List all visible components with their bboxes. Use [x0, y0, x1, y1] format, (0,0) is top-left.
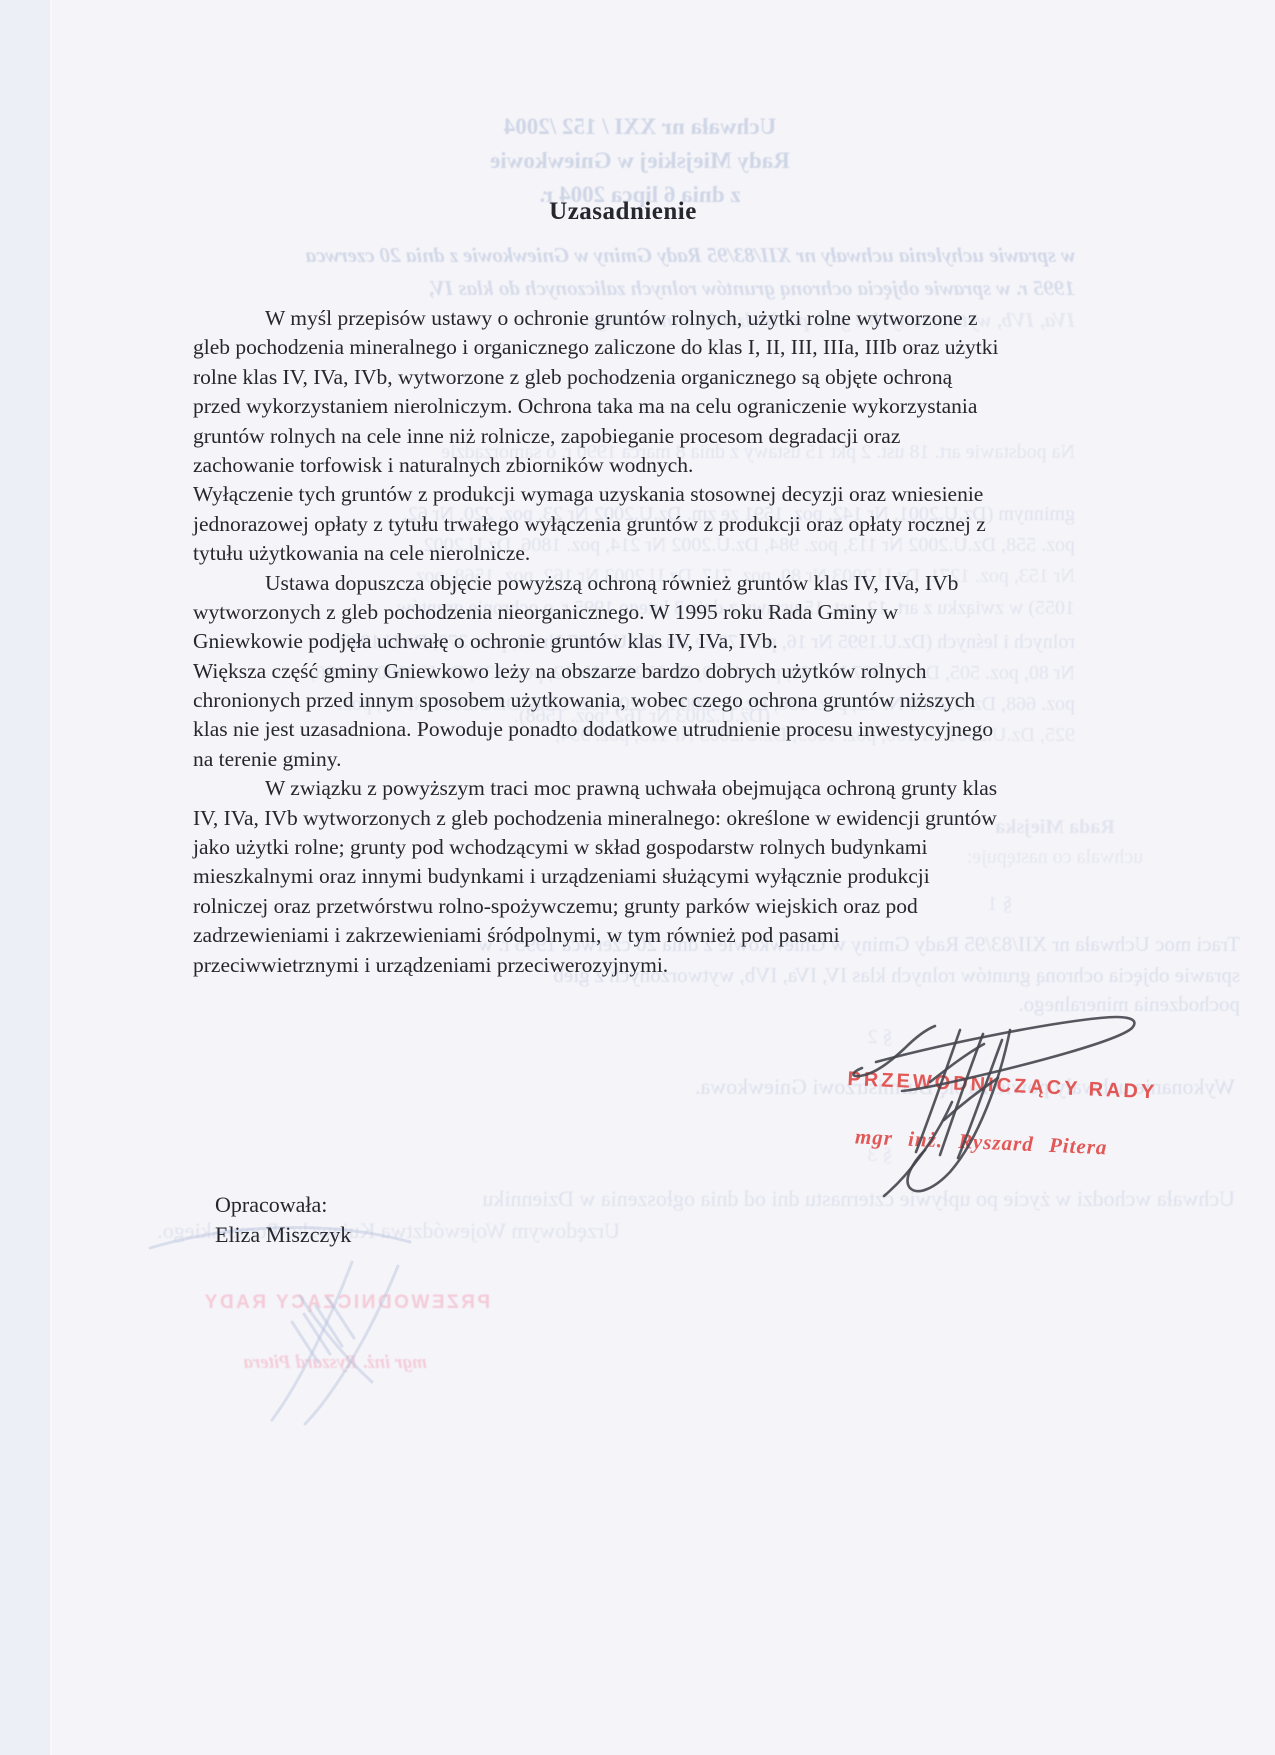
- body-line: jako użytki rolne; grunty pod wchodzącym…: [193, 835, 1065, 864]
- body-line: Ustawa dopuszcza objęcie powyższą ochron…: [193, 571, 1065, 600]
- body-line: na terenie gminy.: [193, 747, 1065, 776]
- body-line: klas nie jest uzasadniona. Powoduje pona…: [193, 717, 1065, 746]
- prepared-by-block: Opracowała: Eliza Miszczyk: [215, 1190, 351, 1250]
- body-line: Wyłączenie tych gruntów z produkcji wyma…: [193, 482, 1065, 511]
- body-line: zachowanie torfowisk i naturalnych zbior…: [193, 453, 1065, 482]
- body-line: jednorazowej opłaty z tytułu trwałego wy…: [193, 512, 1065, 541]
- body-line: Gniewkowie podjęła uchwałę o ochronie gr…: [193, 629, 1065, 658]
- body-line: przeciwwietrznymi i urządzeniami przeciw…: [193, 953, 1065, 982]
- body-line: tytułu użytkowania na cele nierolnicze.: [193, 541, 1065, 570]
- scanned-document-page: Uchwała nr XXI / 152 /2004Rady Miejskiej…: [0, 0, 1275, 1755]
- body-line: chronionych przed innym sposobem użytkow…: [193, 688, 1065, 717]
- body-line: W myśl przepisów ustawy o ochronie grunt…: [193, 306, 1065, 335]
- content-layer: Uzasadnienie W myśl przepisów ustawy o o…: [0, 0, 1275, 1755]
- body-line: gruntów rolnych na cele inne niż rolnicz…: [193, 424, 1065, 453]
- body-line: Większa część gminy Gniewkowo leży na ob…: [193, 659, 1065, 688]
- body-line: mieszkalnymi oraz innymi budynkami i urz…: [193, 864, 1065, 893]
- body-line: wytworzonych z gleb pochodzenia nieorgan…: [193, 600, 1065, 629]
- body-line: IV, IVa, IVb wytworzonych z gleb pochodz…: [193, 806, 1065, 835]
- chairman-stamp: PRZEWODNICZĄCY RADY mgr inż. Ryszard Pit…: [844, 1068, 1177, 1163]
- body-line: rolniczej oraz przetwórstwu rolno-spożyw…: [193, 894, 1065, 923]
- body-line: zadrzewieniami i zakrzewieniami śródpoln…: [193, 923, 1065, 952]
- body-line: gleb pochodzenia mineralnego i organiczn…: [193, 335, 1065, 364]
- prepared-by-name: Eliza Miszczyk: [215, 1220, 351, 1250]
- body-text: W myśl przepisów ustawy o ochronie grunt…: [193, 306, 1065, 982]
- body-line: rolne klas IV, IVa, IVb, wytworzone z gl…: [193, 365, 1065, 394]
- body-line: przed wykorzystaniem nierolniczym. Ochro…: [193, 394, 1065, 423]
- body-line: W związku z powyższym traci moc prawną u…: [193, 776, 1065, 805]
- prepared-by-label: Opracowała:: [215, 1190, 351, 1220]
- page-title: Uzasadnienie: [193, 198, 1053, 226]
